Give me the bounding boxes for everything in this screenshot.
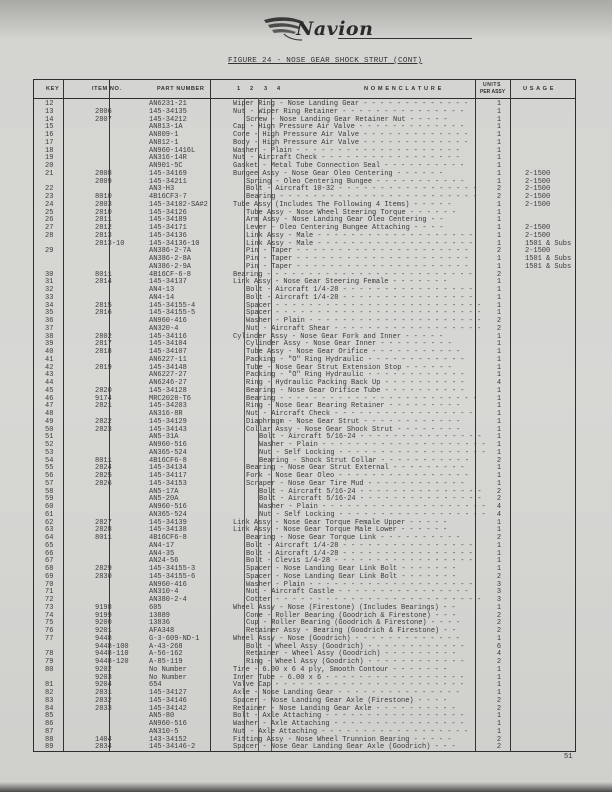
item-no-cell: 2813-10 bbox=[95, 241, 124, 249]
item-no-cell: 2833 bbox=[95, 706, 112, 714]
col-header-nomenclature: N O M E N C L A T U R E bbox=[364, 86, 442, 92]
units-cell: 2 bbox=[494, 744, 504, 752]
col-header-indent-1: 1 bbox=[237, 86, 241, 92]
col-header-usage: U S A G E bbox=[523, 86, 554, 92]
col-header-key: KEY bbox=[46, 86, 59, 92]
table-row: 892834145-34146-2Spacer - Nose Gear Land… bbox=[34, 744, 575, 752]
figure-title: FIGURE 24 - NOSE GEAR SHOCK STRUT (CONT) bbox=[228, 57, 422, 65]
part-number-cell: 145-34146-2 bbox=[149, 744, 195, 752]
item-no-cell: 2809 bbox=[95, 179, 112, 187]
key-cell: 89 bbox=[45, 744, 65, 752]
key-cell: 29 bbox=[45, 248, 65, 256]
brand-logo: Navion bbox=[262, 14, 472, 44]
col-header-units-line2: PER ASSY bbox=[480, 89, 505, 95]
key-cell: 21 bbox=[45, 171, 65, 179]
usage-cell: 2-1500 bbox=[525, 202, 550, 210]
col-header-item-no: ITEM NO. bbox=[92, 86, 122, 92]
logo-underline bbox=[338, 38, 472, 39]
col-header-indent-2: 2 bbox=[250, 86, 254, 92]
brand-name: Navion bbox=[296, 18, 373, 40]
col-header-indent-4: 4 bbox=[277, 86, 281, 92]
item-no-cell: 2826 bbox=[95, 481, 112, 489]
page-number: 51 bbox=[564, 753, 572, 761]
parts-table: KEY ITEM NO. PART NUMBER 1 2 3 4 N O M E… bbox=[33, 79, 576, 752]
item-no-cell: 2818 bbox=[95, 349, 112, 357]
col-header-indent-3: 3 bbox=[264, 86, 268, 92]
key-cell: 28 bbox=[45, 233, 65, 241]
item-no-cell: 2816 bbox=[95, 310, 112, 318]
key-cell: 80 bbox=[45, 667, 65, 675]
document-page: Navion FIGURE 24 - NOSE GEAR SHOCK STRUT… bbox=[0, 0, 612, 792]
col-header-part-number: PART NUMBER bbox=[157, 86, 205, 92]
key-cell: 77 bbox=[45, 636, 65, 644]
col-header-units-line1: UNITS bbox=[483, 82, 501, 88]
table-body: 12AN6231-21Wiper Ring - Nose Landing Gea… bbox=[34, 101, 575, 752]
item-no-cell: 2814 bbox=[95, 279, 112, 287]
item-no-cell: 2834 bbox=[95, 744, 112, 752]
scan-edge bbox=[0, 782, 612, 792]
item-no-cell: 2821 bbox=[95, 403, 112, 411]
table-header: KEY ITEM NO. PART NUMBER 1 2 3 4 N O M E… bbox=[34, 80, 575, 99]
usage-cell: 1501 & Subs bbox=[525, 264, 571, 272]
item-no-cell: 2819 bbox=[95, 365, 112, 373]
item-no-cell: 2823 bbox=[95, 427, 112, 435]
item-no-cell: 8011 bbox=[95, 535, 112, 543]
item-no-cell: 2807 bbox=[95, 117, 112, 125]
nomenclature-cell: Spacer - Nose Gear Landing Gear Axle (Go… bbox=[233, 744, 456, 752]
item-no-cell: 2830 bbox=[95, 574, 112, 582]
